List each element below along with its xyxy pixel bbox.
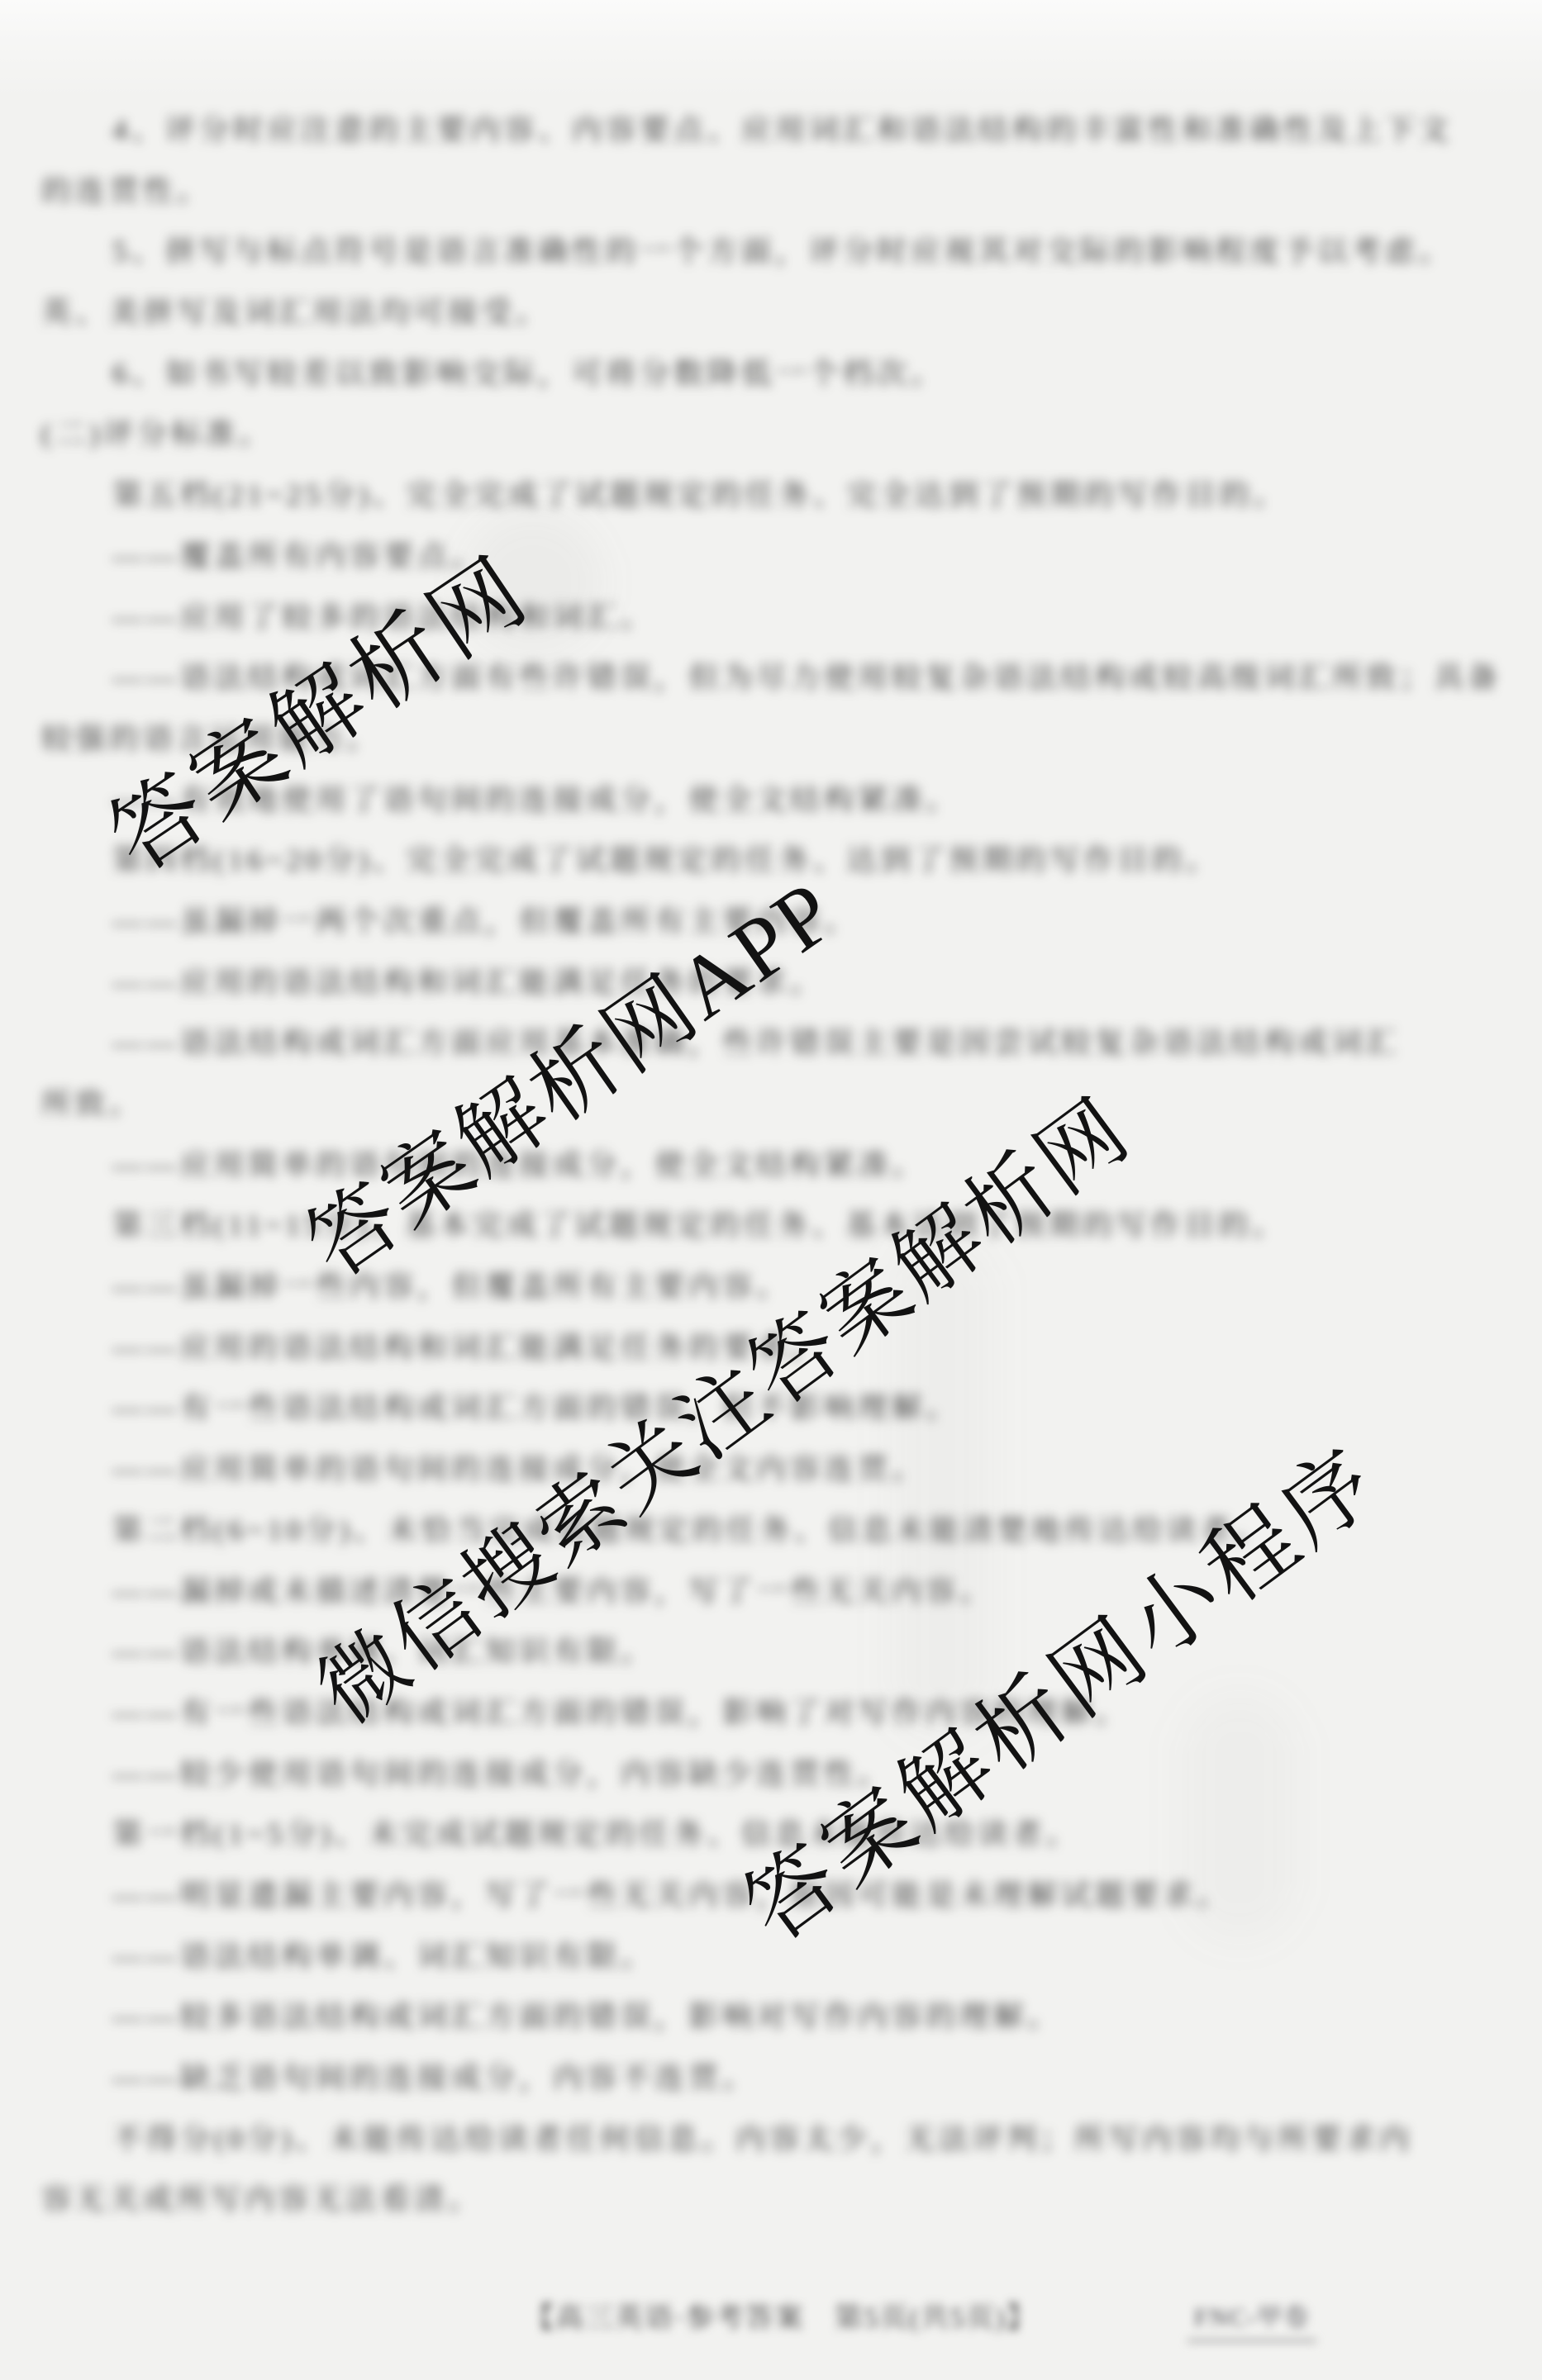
text-line: 不得分(0分)、未能传达给读者任何信息。内容太少，无法评判；所写内容均与所要求内 bbox=[41, 2109, 1511, 2170]
text-line: 容无关或所写内容无法看清。 bbox=[41, 2169, 1511, 2230]
text-line: ——应用了较多的语法结构和词汇。 bbox=[41, 587, 1511, 648]
text-line: (二)评分标准。 bbox=[41, 404, 1511, 465]
text-line: 第五档(21~25分)、完全完成了试题规定的任务、完全达到了预期的写作目的。 bbox=[41, 465, 1511, 526]
text-line: ——应用简单的语句间的连接成分，使全文结构紧凑。 bbox=[41, 1135, 1511, 1196]
text-line: 的连贯性。 bbox=[41, 161, 1511, 222]
text-line: 第三档(11~15分)、基本完成了试题规定的任务、基本达到了预期的写作目的。 bbox=[41, 1195, 1511, 1257]
scanned-document-page: 4、评分时应注意的主要内容、内容要点、应用词汇和语法结构的丰富性和准确性及上下文… bbox=[0, 0, 1542, 2380]
text-line: 6、如书写较差以致影响交际，可将分数降低一个档次。 bbox=[41, 344, 1511, 405]
text-line: 英、美拼写及词汇用法均可接受。 bbox=[41, 283, 1511, 344]
text-line: 所致。 bbox=[41, 1074, 1511, 1135]
text-line: ——较少使用语句间的连接成分，内容缺少连贯性。 bbox=[41, 1744, 1511, 1805]
text-line: ——缺乏语句间的连接成分，内容不连贯。 bbox=[41, 2048, 1511, 2109]
footer-page-info: 【高三英语·参考答案 第5页(共5页)】 bbox=[492, 2295, 1070, 2335]
text-line: 5、拼写与标点符号是语言准确性的一个方面，评分时应视其对交际的影响程度予以考虑。 bbox=[41, 221, 1511, 283]
text-line: 4、评分时应注意的主要内容、内容要点、应用词汇和语法结构的丰富性和准确性及上下文 bbox=[41, 100, 1511, 161]
text-line: ——语法结构单调、词汇知识有限。 bbox=[41, 1622, 1511, 1683]
text-line: ——有一些语法结构或词汇方面的错误，影响了对写作内容的理解。 bbox=[41, 1683, 1511, 1744]
text-line: ——覆盖所有内容要点。 bbox=[41, 526, 1511, 587]
footer-paper-code: FNC-甲卷 bbox=[1187, 2297, 1316, 2342]
text-line: ——语法结构或词汇方面应用基本准确，些许错误主要是因尝试较复杂语法结构或词汇 bbox=[41, 1013, 1511, 1074]
text-line: ——较多语法结构或词汇方面的错误，影响对写作内容的理解。 bbox=[41, 1987, 1511, 2048]
